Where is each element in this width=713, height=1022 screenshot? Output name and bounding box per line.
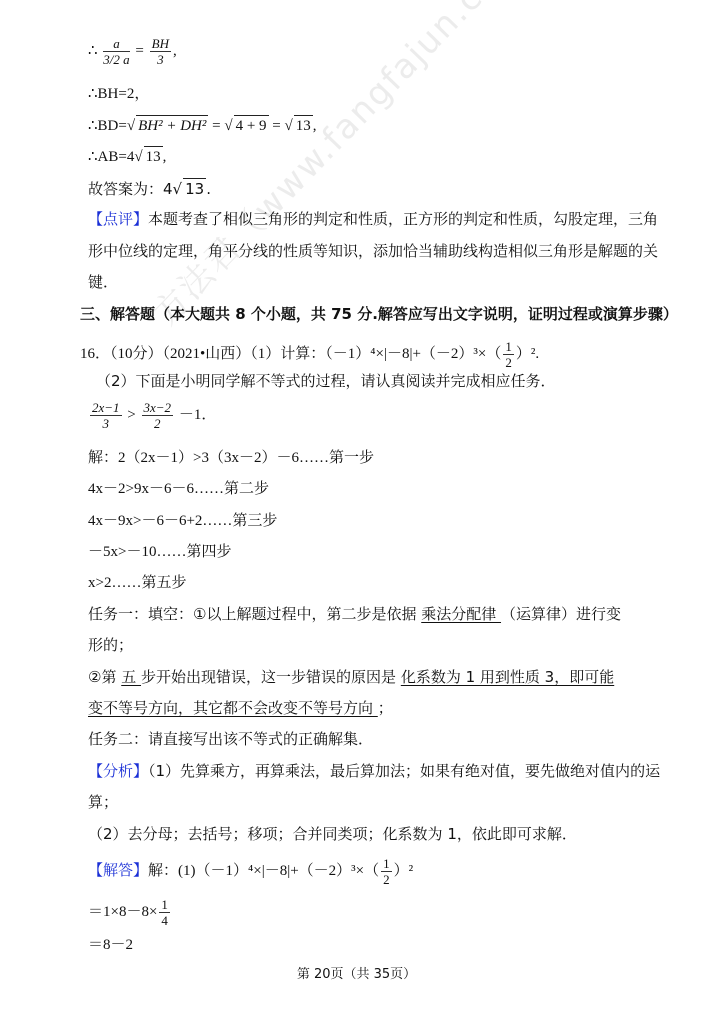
step-4: －5x>－10……第四步 (88, 542, 231, 562)
bd-equation: ∴BD=√BH² + DH² = √4 + 9 = √13, (88, 115, 316, 136)
task1-line-1: 任务一：填空：①以上解题过程中，第二步是依据 乘法分配律 （运算律）进行变 (88, 604, 621, 624)
task1-answer-blank: 乘法分配律 (421, 605, 501, 623)
analysis-line-2: 算； (88, 792, 118, 812)
task1b-line-1: ②第 五 步开始出现错误，这一步错误的原因是 化系数为 1 用到性质 3，即可能 (88, 667, 614, 687)
answer-line-1: 【解答】解：(1)（－1）⁴×|－8|+（－2）³×（12）² (88, 856, 413, 887)
step-5: x>2……第五步 (88, 573, 186, 593)
task1b-line-2: 变不等号方向，其它都不会改变不等号方向 ； (88, 698, 393, 718)
bh-result: ∴BH=2， (88, 84, 149, 104)
task2: 任务二：请直接写出该不等式的正确解集． (88, 729, 373, 749)
answer-line-3: ＝8－2 (88, 935, 133, 955)
answer-line-2: ＝1×8－8×14 (88, 897, 172, 928)
comment-label: 【点评】 (88, 210, 148, 228)
section-heading: 三、解答题（本大题共 8 个小题，共 75 分.解答应写出文字说明，证明过程或演… (80, 304, 678, 324)
error-step-blank: 五 (121, 668, 141, 686)
comment-line-3: 键． (88, 272, 118, 292)
analysis-line-3: （2）去分母；去括号；移项；合并同类项；化系数为 1，依此即可求解． (88, 824, 577, 844)
error-reason-blank: 化系数为 1 用到性质 3，即可能 (401, 668, 614, 686)
error-reason-blank-cont: 变不等号方向，其它都不会改变不等号方向 (88, 699, 378, 717)
comment-line-1: 【点评】本题考查了相似三角形的判定和性质，正方形的判定和性质，勾股定理，三角 (88, 209, 658, 229)
page-footer: 第 20页（共 35页） (0, 963, 713, 982)
analysis-label: 【分析】 (88, 762, 148, 780)
watermark: 方法君（www.fangfajun.com） (140, 0, 564, 334)
ratio-equation: ∴ a3/2 a = BH3, (88, 36, 177, 67)
problem-16-part2: （2）下面是小明同学解不等式的过程，请认真阅读并完成相应任务． (96, 371, 556, 391)
inequality: 2x−13 > 3x−22 －1． (88, 400, 216, 431)
step-3: 4x－9x>－6－6+2……第三步 (88, 511, 277, 531)
ab-result: ∴AB=4√13, (88, 146, 166, 167)
analysis-line-1: 【分析】（1）先算乘方，再算乘法，最后算加法；如果有绝对值，要先做绝对值内的运 (88, 761, 660, 781)
answer-label: 【解答】 (88, 863, 148, 879)
problem-16-header: 16．（10分）（2021•山西）（1）计算：（－1）⁴×|－8|+（－2）³×… (80, 339, 539, 370)
comment-line-2: 形中位线的定理，角平分线的性质等知识，添加恰当辅助线构造相似三角形是解题的关 (88, 241, 658, 261)
final-answer: 故答案为：4√13. (88, 178, 211, 199)
task1-line-2: 形的； (88, 635, 133, 655)
step-2: 4x－2>9x－6－6……第二步 (88, 479, 269, 499)
step-1: 解：2（2x－1）>3（3x－2）－6……第一步 (88, 448, 374, 468)
